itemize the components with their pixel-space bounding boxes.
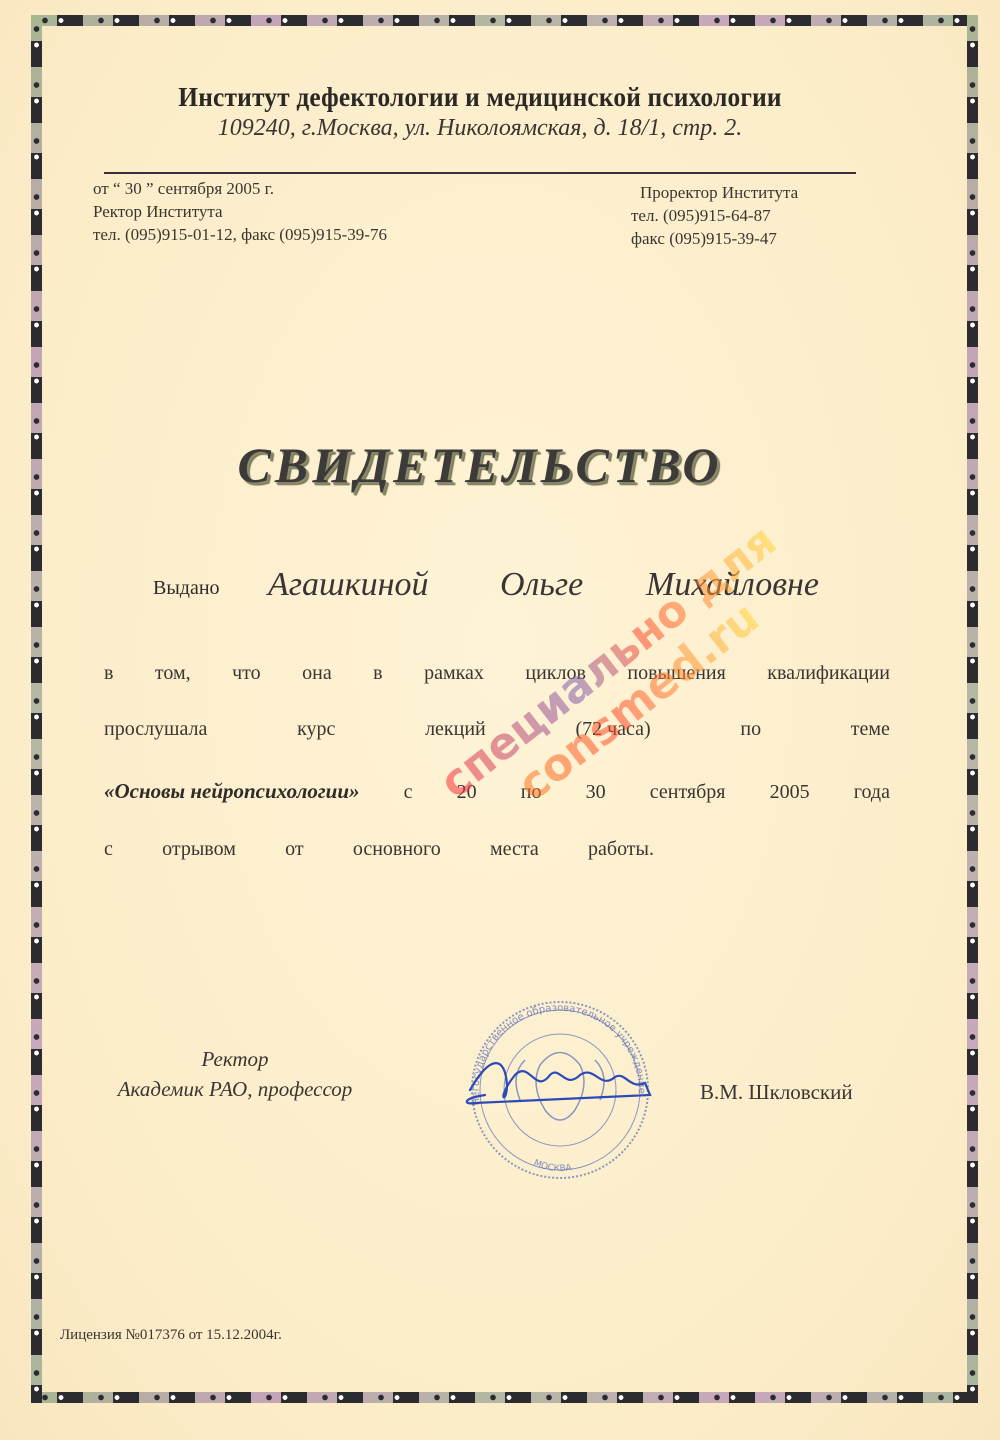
- body-word: лекций: [425, 718, 486, 741]
- rector-position: Ректор Института: [93, 200, 387, 223]
- body-word: места: [490, 838, 539, 861]
- body-word: от: [285, 838, 303, 861]
- body-word: в: [104, 662, 113, 685]
- body-word: квалификации: [767, 662, 890, 685]
- stamp-outer-text: Негосударственное образовательное учрежд…: [471, 1003, 647, 1106]
- header-divider: [104, 172, 856, 174]
- body-word: 30: [586, 781, 606, 804]
- issued-label: Выдано: [153, 577, 220, 600]
- body-word: по: [740, 718, 761, 741]
- prorector-position: Проректор Института: [631, 181, 798, 204]
- signature-scribble: [467, 1063, 650, 1103]
- body-word: 20: [457, 781, 477, 804]
- recipient-first-name: Ольге: [500, 566, 583, 604]
- rector-contact-block: от “ 30 ” сентября 2005 г. Ректор Инстит…: [93, 177, 387, 246]
- institution-address: 109240, г.Москва, ул. Николоямская, д. 1…: [0, 115, 960, 142]
- body-word: (72 часа): [575, 718, 650, 741]
- decorative-border-right: [967, 15, 978, 1403]
- body-word: рамках: [424, 662, 484, 685]
- signer-name: В.М. Шкловский: [700, 1080, 853, 1105]
- svg-text:Негосударственное образователь: Негосударственное образовательное учрежд…: [471, 1003, 647, 1106]
- body-line-3: «Основы нейропсихологии» с20по30сентября…: [104, 779, 890, 804]
- body-word: сентября: [650, 781, 726, 804]
- body-word: работы.: [588, 838, 654, 861]
- prorector-fax: факс (095)915-39-47: [631, 227, 798, 250]
- body-word: циклов: [525, 662, 586, 685]
- prorector-contact-block: Проректор Института тел. (095)915-64-87 …: [631, 181, 798, 250]
- body-word: года: [854, 781, 890, 804]
- official-stamp: Негосударственное образовательное учрежд…: [445, 995, 675, 1180]
- body-word: по: [521, 781, 542, 804]
- recipient-surname: Агашкиной: [268, 566, 428, 604]
- decorative-border-bottom: [31, 1392, 978, 1403]
- stamp-city: МОСКВА: [532, 1158, 573, 1174]
- signer-title: Ректор: [90, 1044, 380, 1074]
- body-word: 2005: [770, 781, 810, 804]
- body-line-2: прослушалакурслекций(72 часа)потеме: [104, 718, 890, 741]
- body-word: теме: [851, 718, 890, 741]
- body-word: с: [404, 781, 413, 804]
- decorative-border-top: [31, 15, 978, 26]
- body-word: в: [373, 662, 382, 685]
- recipient-patronymic: Михайловне: [646, 566, 819, 604]
- body-word: повышения: [627, 662, 725, 685]
- body-word: она: [302, 662, 332, 685]
- course-topic: «Основы нейропсихологии»: [104, 779, 360, 804]
- issue-date: от “ 30 ” сентября 2005 г.: [93, 177, 387, 200]
- body-word: что: [232, 662, 261, 685]
- body-word: курс: [297, 718, 335, 741]
- body-word: основного: [353, 838, 441, 861]
- decorative-border-left: [31, 15, 42, 1403]
- license-info: Лицензия №017376 от 15.12.2004г.: [60, 1327, 282, 1344]
- svg-text:МОСКВА: МОСКВА: [532, 1158, 573, 1174]
- body-word: с: [104, 838, 113, 861]
- body-word: прослушала: [104, 718, 207, 741]
- body-line-4: сотрывомотосновногоместаработы.: [104, 838, 654, 861]
- rector-contacts: тел. (095)915-01-12, факс (095)915-39-76: [93, 223, 387, 246]
- body-word: отрывом: [162, 838, 236, 861]
- prorector-phone: тел. (095)915-64-87: [631, 204, 798, 227]
- document-title: СВИДЕТЕЛЬСТВО: [0, 436, 960, 494]
- institution-name: Институт дефектологии и медицинской псих…: [29, 82, 931, 113]
- body-line-1: втом,чтоонаврамкахцикловповышенияквалифи…: [104, 662, 890, 685]
- body-word: том,: [155, 662, 191, 685]
- signer-rank: Академик РАО, профессор: [90, 1074, 380, 1104]
